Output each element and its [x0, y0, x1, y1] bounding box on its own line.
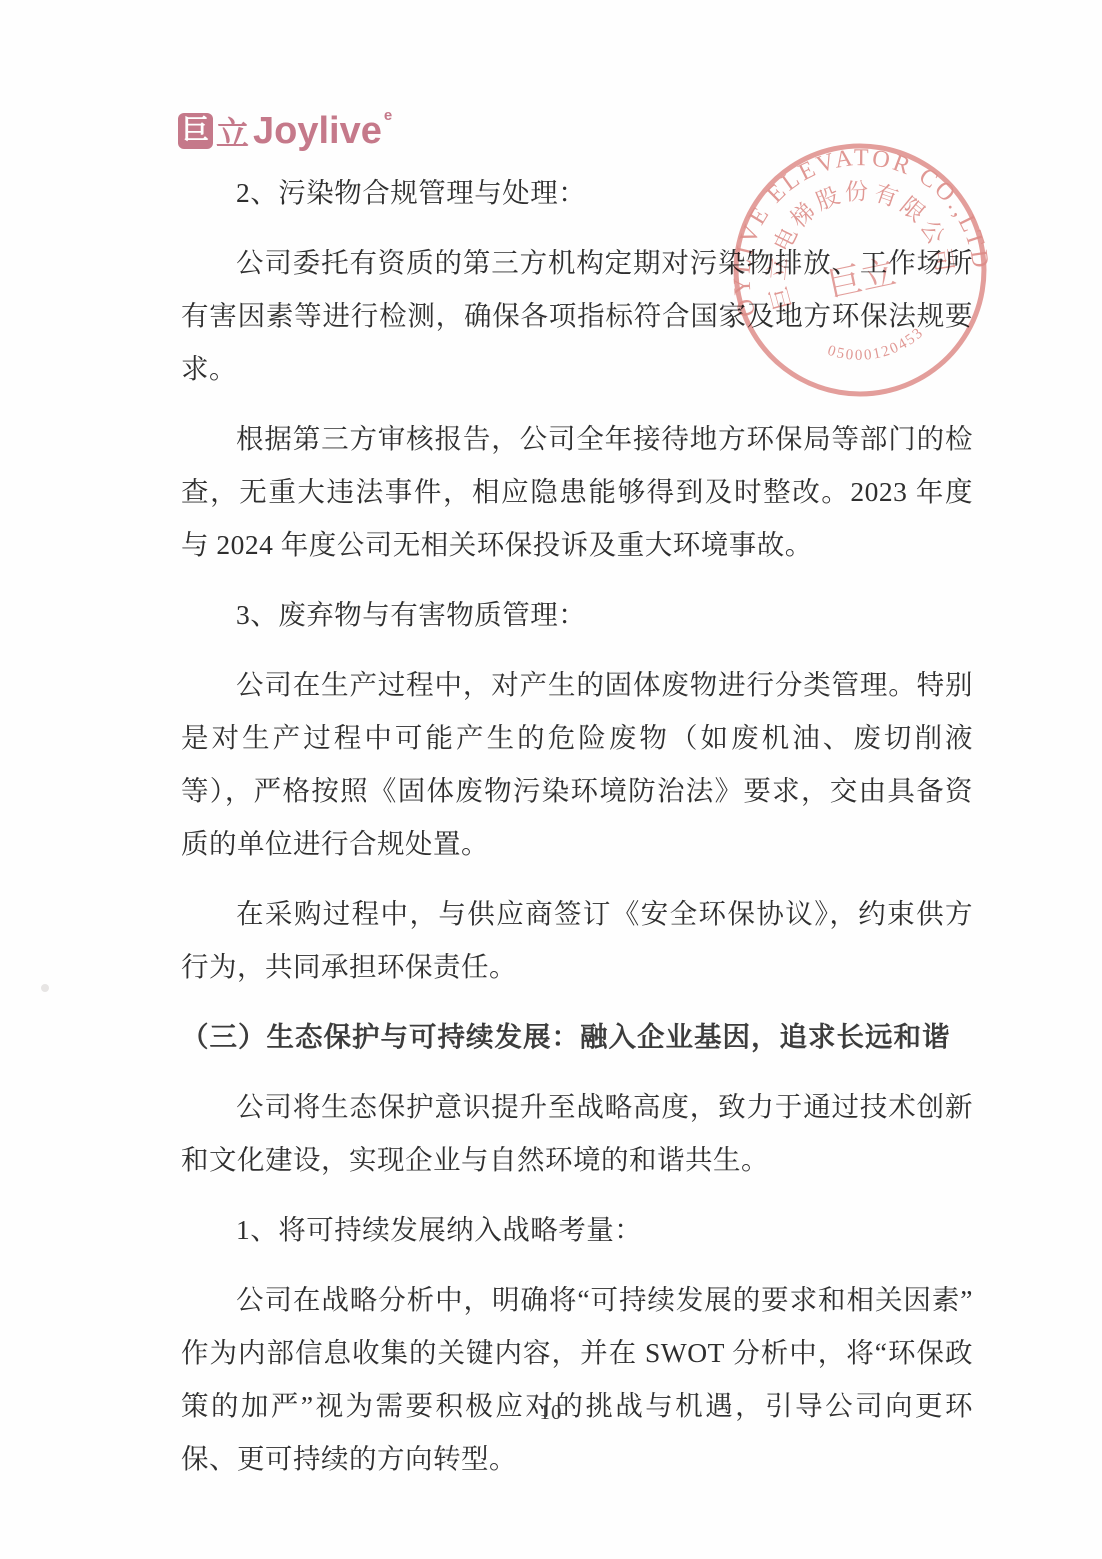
list-heading: 1、将可持续发展纳入战略考量：: [181, 1203, 973, 1256]
logo-cn-char: 立: [216, 108, 248, 155]
section-heading: （三）生态保护与可持续发展：融入企业基因，追求长远和谐: [181, 1010, 973, 1063]
page-number: 10: [0, 1400, 1102, 1425]
paragraph: 根据第三方审核报告，公司全年接待地方环保局等部门的检查，无重大违法事件，相应隐患…: [181, 412, 973, 571]
company-logo: 巨立Joylivee: [178, 102, 393, 160]
logo-cn-boxed-char: 巨: [178, 113, 213, 149]
logo-wordmark: Joylive: [253, 110, 382, 153]
list-heading: 2、污染物合规管理与处理：: [181, 166, 973, 219]
paragraph: 公司委托有资质的第三方机构定期对污染物排放、工作场所有害因素等进行检测，确保各项…: [181, 236, 973, 395]
paragraph: 公司在战略分析中，明确将“可持续发展的要求和相关因素”作为内部信息收集的关键内容…: [181, 1273, 973, 1485]
list-heading: 3、废弃物与有害物质管理：: [181, 588, 973, 641]
logo-registered-mark: e: [384, 107, 392, 124]
document-body: 2、污染物合规管理与处理：公司委托有资质的第三方机构定期对污染物排放、工作场所有…: [181, 166, 973, 1502]
paragraph: 在采购过程中，与供应商签订《安全环保协议》，约束供方行为，共同承担环保责任。: [181, 887, 973, 993]
scan-speck: [41, 984, 49, 992]
document-page: 巨立Joylivee 2、污染物合规管理与处理：公司委托有资质的第三方机构定期对…: [0, 0, 1102, 1559]
paragraph: 公司在生产过程中，对产生的固体废物进行分类管理。特别是对生产过程中可能产生的危险…: [181, 658, 973, 870]
paragraph: 公司将生态保护意识提升至战略高度，致力于通过技术创新和文化建设，实现企业与自然环…: [181, 1080, 973, 1186]
